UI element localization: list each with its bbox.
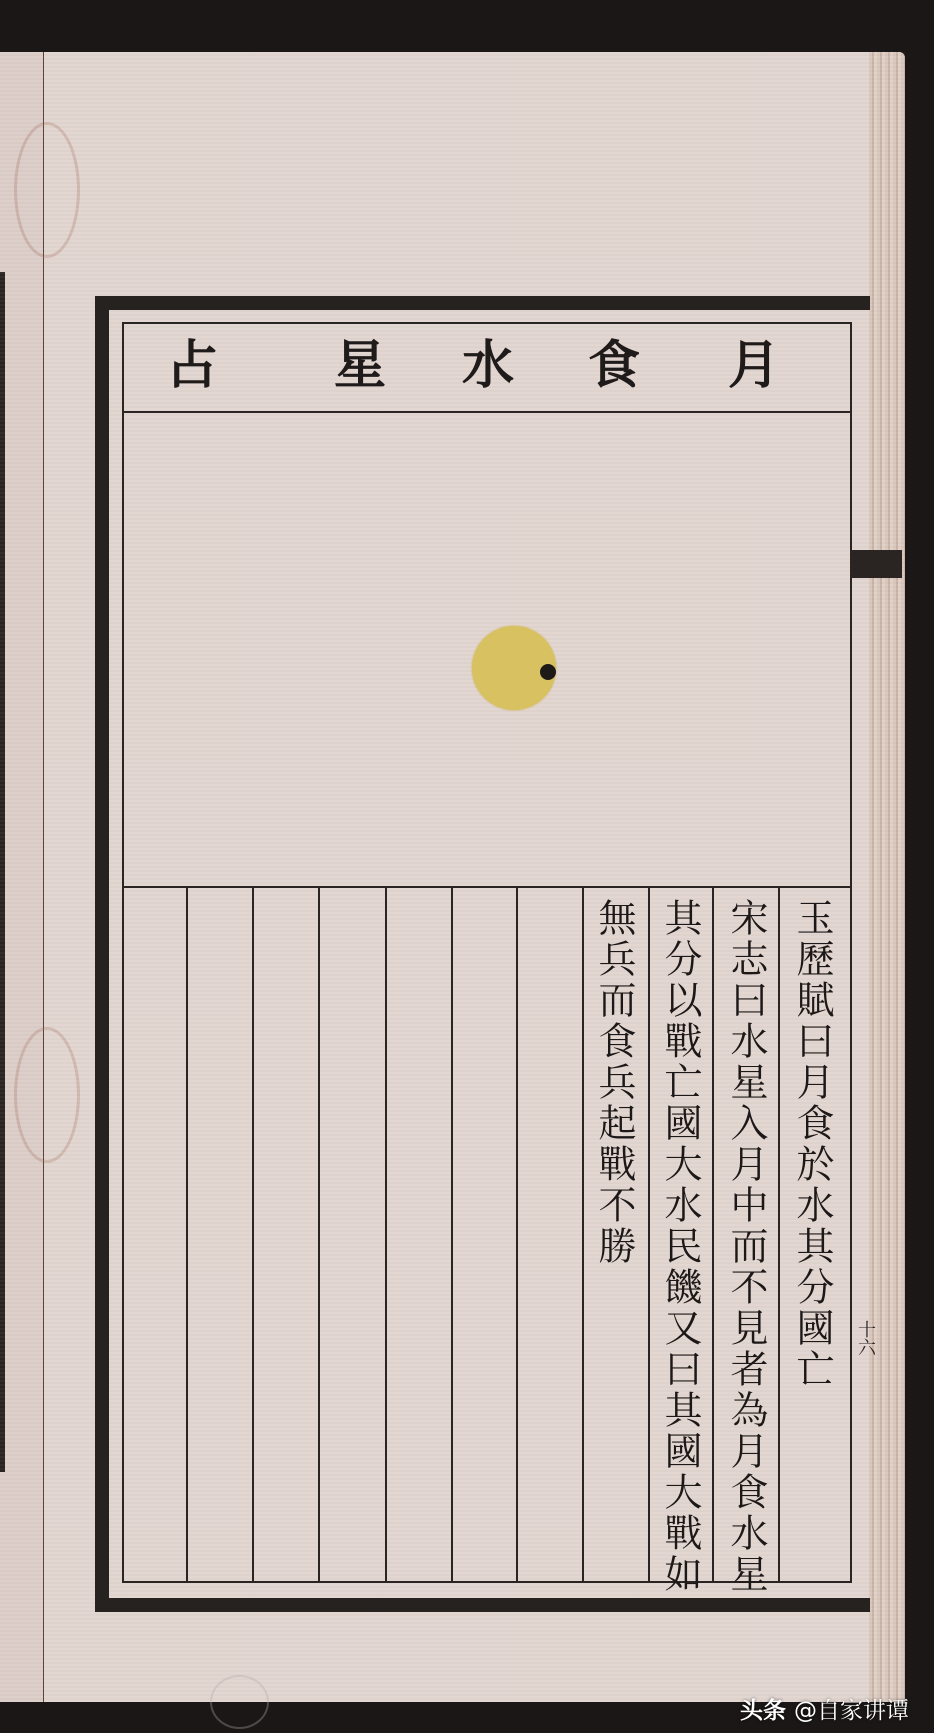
- column-rule: [778, 888, 780, 1583]
- text-column: 其分以戰亡國大水民饑又曰其國大戰如: [656, 898, 704, 1595]
- water-stain: [14, 1027, 80, 1163]
- left-leaf: [0, 52, 44, 1702]
- title-char: 食: [588, 340, 640, 392]
- page-number: 十六: [855, 1320, 875, 1356]
- fish-tail-block: [850, 550, 902, 578]
- column-rule: [318, 888, 320, 1583]
- column-rule: [252, 888, 254, 1583]
- column-rule: [516, 888, 518, 1583]
- text-column: 無兵而食兵起戰不勝: [590, 898, 638, 1267]
- left-page-edge: [0, 272, 5, 1472]
- watermark: 头条 @自家讲谭: [740, 1692, 909, 1725]
- title-char: 月: [728, 340, 780, 392]
- watermark-platform: 头条: [740, 1698, 786, 1724]
- column-rule: [385, 888, 387, 1583]
- mercury-dot-icon: [540, 664, 556, 680]
- margin-rule: [850, 578, 852, 1583]
- column-rule: [451, 888, 453, 1583]
- library-stamp: [210, 1675, 269, 1729]
- text-column: 玉歷賦曰月食於水其分國亡: [788, 898, 836, 1390]
- column-rule: [186, 888, 188, 1583]
- title-char: 水: [462, 340, 514, 392]
- text-column: 宋志曰水星入月中而不見者為月食水星: [722, 898, 770, 1595]
- fore-edge: [869, 52, 905, 1702]
- column-rule: [712, 888, 714, 1583]
- title-bar: 月 食 水 星 占: [122, 322, 852, 413]
- water-stain: [14, 122, 80, 258]
- column-rule: [648, 888, 650, 1583]
- watermark-author: @自家讲谭: [794, 1698, 909, 1724]
- margin-rule: [850, 322, 852, 542]
- title-char: 占: [166, 340, 218, 392]
- column-rule: [582, 888, 584, 1583]
- title-char: 星: [334, 340, 386, 392]
